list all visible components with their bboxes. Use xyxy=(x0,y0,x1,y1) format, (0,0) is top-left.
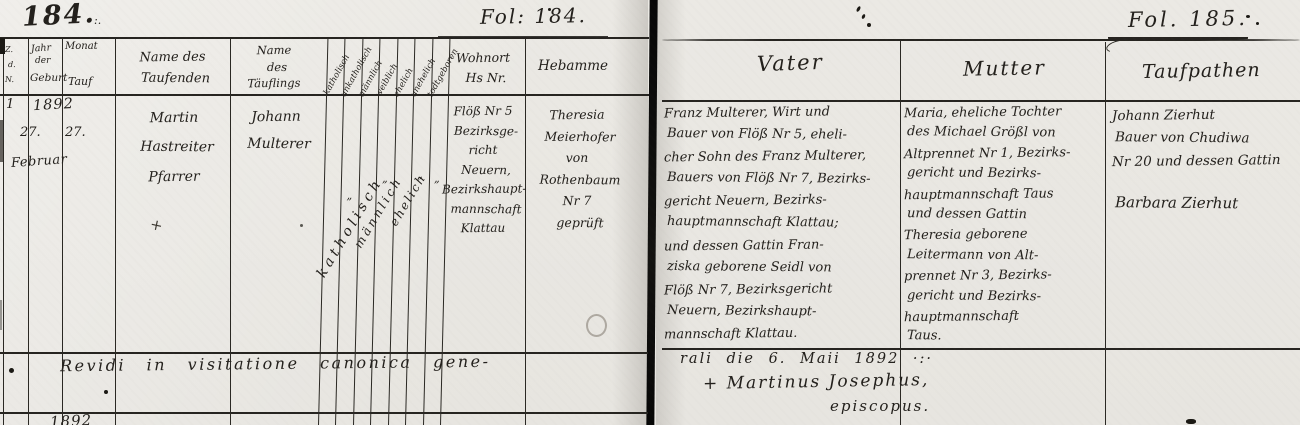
header-geburt: Geburt xyxy=(30,73,67,84)
header-der: der xyxy=(35,57,50,66)
scan-edge-mark xyxy=(0,300,2,330)
ditto-mark: „ xyxy=(382,173,388,184)
ditto-mark: „ xyxy=(434,173,440,184)
ink-speck xyxy=(300,224,303,227)
header-mutter: Mutter xyxy=(963,57,1046,78)
entry-taufender: Martin Hastreiter Pfarrer xyxy=(120,104,228,192)
visitation-note-right-3: episcopus. xyxy=(830,399,930,414)
scan-edge-mark xyxy=(0,38,5,54)
ink-speck xyxy=(1246,15,1250,18)
table-line-vertical xyxy=(3,38,4,425)
ink-speck xyxy=(548,8,551,11)
entry-vater: Franz Multerer, Wirt und Bauer von Flöß … xyxy=(664,102,900,345)
table-line-vertical xyxy=(28,38,29,425)
ditto-mark: „ xyxy=(417,169,423,180)
entry-taufpathen: Johann Zierhut Bauer von Chudiwa Nr 20 u… xyxy=(1112,104,1298,216)
visitation-note-right-2: + Martinus Josephus, xyxy=(703,372,930,393)
entry-taeufling: Johann Multerer xyxy=(234,104,318,159)
header-taeufling: Name des Täuflings xyxy=(233,42,315,92)
header-tauf: Tauf xyxy=(68,76,92,87)
table-line-horizontal xyxy=(438,36,608,39)
ink-speck xyxy=(104,390,108,394)
stamp-ring-artifact xyxy=(586,314,607,337)
ink-speck xyxy=(856,6,862,13)
visitation-note-left: Revidi in visitatione canonica gene- xyxy=(60,354,491,375)
entry-month: Februar xyxy=(11,153,68,170)
page-number-dots: :. xyxy=(94,15,101,26)
table-line-vertical xyxy=(525,38,526,425)
entry-number: 1 xyxy=(6,98,14,111)
page-number: 184. xyxy=(21,0,96,31)
header-zahl: Z. d. N. xyxy=(5,42,14,88)
visitation-note-right-1: rali die 6. Maii 1892 ·:· xyxy=(680,352,933,367)
ink-cross-mark: + xyxy=(149,217,164,234)
header-taufpathen: Taufpathen xyxy=(1142,61,1261,82)
header-hebamme: Hebamme xyxy=(538,60,608,74)
ink-speck xyxy=(861,14,866,20)
folio-label-left: Fol: 184. xyxy=(480,5,587,27)
table-line-horizontal xyxy=(0,94,649,96)
entry-year: 1892 xyxy=(33,97,75,114)
scan-edge-mark xyxy=(0,120,3,162)
folio-label-right: Fol. 185. xyxy=(1128,8,1248,31)
header-monat: Monat xyxy=(65,42,98,52)
header-jahr: Jahr xyxy=(31,43,52,54)
entry-hebamme: Theresia Meierhofer von Rothenbaum Nr 7 … xyxy=(528,104,626,233)
ditto-mark: „ xyxy=(346,190,352,201)
entry-birth-day: 27. xyxy=(20,126,41,139)
next-entry-year: 1892 xyxy=(50,413,93,425)
ink-speck xyxy=(1186,419,1196,424)
register-scan: katholisch unkatholisch männlich weiblic… xyxy=(0,0,1300,425)
header-wohnort: Wohnort Hs Nr. xyxy=(443,48,523,88)
ink-speck xyxy=(867,23,871,27)
ink-speck xyxy=(1256,22,1259,25)
table-line-horizontal xyxy=(662,348,1300,350)
entry-baptism-day: 27. xyxy=(65,126,86,139)
entry-mutter: Maria, eheliche Tochter des Michael Größ… xyxy=(904,103,1104,348)
table-line-vertical xyxy=(1105,42,1106,425)
header-vater: Vater xyxy=(757,52,824,75)
ink-speck xyxy=(9,368,14,373)
entry-wohnort: Flöß Nr 5 Bezirksge- richt Neuern, Bezir… xyxy=(442,102,524,239)
header-taufender: Name des Taufenden xyxy=(120,48,225,90)
